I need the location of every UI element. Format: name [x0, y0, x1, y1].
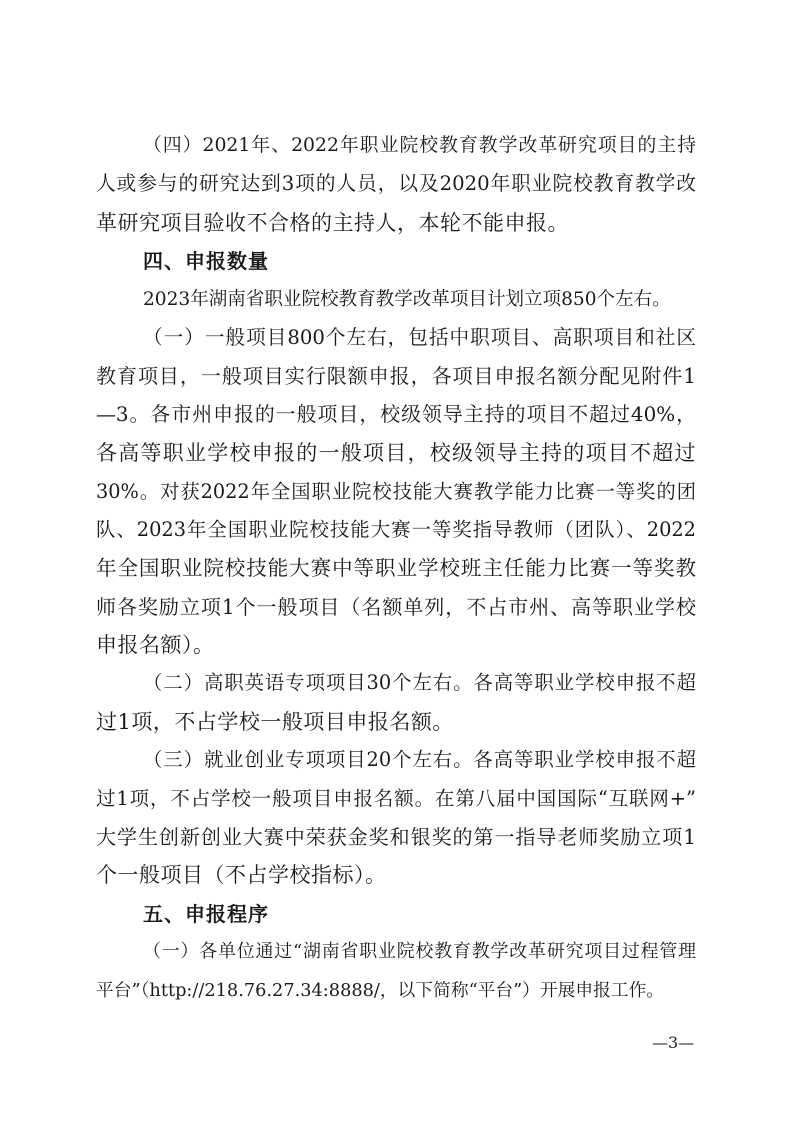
section-heading-application-quantity: 四、申报数量 [96, 242, 696, 280]
document-body: （四）2021年、2022年职业院校教育教学改革研究项目的主持 人或参与的研究达… [96, 127, 696, 1010]
paragraph-general-projects: （一）一般项目800个左右，包括中职项目、高职项目和社区 教育项目，一般项目实行… [96, 319, 696, 665]
text-line: 教育项目，一般项目实行限额申报，各项目申报名额分配见附件1 [96, 357, 696, 395]
paragraph-employment-projects: （三）就业创业专项项目20个左右。各高等职业学校申报不超 过1项，不占学校一般项… [96, 741, 696, 895]
section-heading-application-procedure: 五、申报程序 [96, 895, 696, 933]
text-line-with-platform-url: 平台”（http://218.76.27.34:8888/，以下简称“平台”）开… [96, 972, 696, 1010]
text-line: 2023年湖南省职业院校教育教学改革项目计划立项850个左右。 [96, 281, 696, 319]
text-line: 各高等职业学校申报的一般项目，校级领导主持的项目不超过 [96, 434, 696, 472]
text-line: 申报名额）。 [96, 626, 696, 664]
text-line: （一）一般项目800个左右，包括中职项目、高职项目和社区 [96, 319, 696, 357]
text-line: （二）高职英语专项项目30个左右。各高等职业学校申报不超 [96, 664, 696, 702]
text-line: （四）2021年、2022年职业院校教育教学改革研究项目的主持 [96, 127, 696, 165]
text-line: 革研究项目验收不合格的主持人，本轮不能申报。 [96, 204, 696, 242]
text-line: 年全国职业院校技能大赛中等职业学校班主任能力比赛一等奖教 [96, 549, 696, 587]
text-line: 队、2023年全国职业院校技能大赛一等奖指导教师（团队）、2022 [96, 511, 696, 549]
text-line: 人或参与的研究达到3项的人员，以及2020年职业院校教育教学改 [96, 165, 696, 203]
document-page: （四）2021年、2022年职业院校教育教学改革研究项目的主持 人或参与的研究达… [0, 0, 793, 1122]
paragraph-english-projects: （二）高职英语专项项目30个左右。各高等职业学校申报不超 过1项，不占学校一般项… [96, 664, 696, 741]
text-line: 大学生创新创业大赛中荣获金奖和银奖的第一指导老师奖励立项1 [96, 818, 696, 856]
text-line: 个一般项目（不占学校指标）。 [96, 856, 696, 894]
paragraph-platform: （一）各单位通过“湖南省职业院校教育教学改革研究项目过程管理 平台”（http:… [96, 933, 696, 1010]
text-line: 师各奖励立项1个一般项目（名额单列，不占市州、高等职业学校 [96, 588, 696, 626]
paragraph-quantity-intro: 2023年湖南省职业院校教育教学改革项目计划立项850个左右。 [96, 281, 696, 319]
text-line: 30%。对获2022年全国职业院校技能大赛教学能力比赛一等奖的团 [96, 473, 696, 511]
text-line: （一）各单位通过“湖南省职业院校教育教学改革研究项目过程管理 [96, 933, 696, 971]
text-line: —3。各市州申报的一般项目，校级领导主持的项目不超过40%， [96, 396, 696, 434]
text-line: 过1项，不占学校一般项目申报名额。在第八届中国国际“互联网+” [96, 780, 696, 818]
page-number: —3— [652, 1033, 694, 1052]
paragraph-restriction-4: （四）2021年、2022年职业院校教育教学改革研究项目的主持 人或参与的研究达… [96, 127, 696, 242]
text-line: （三）就业创业专项项目20个左右。各高等职业学校申报不超 [96, 741, 696, 779]
text-line: 过1项，不占学校一般项目申报名额。 [96, 703, 696, 741]
